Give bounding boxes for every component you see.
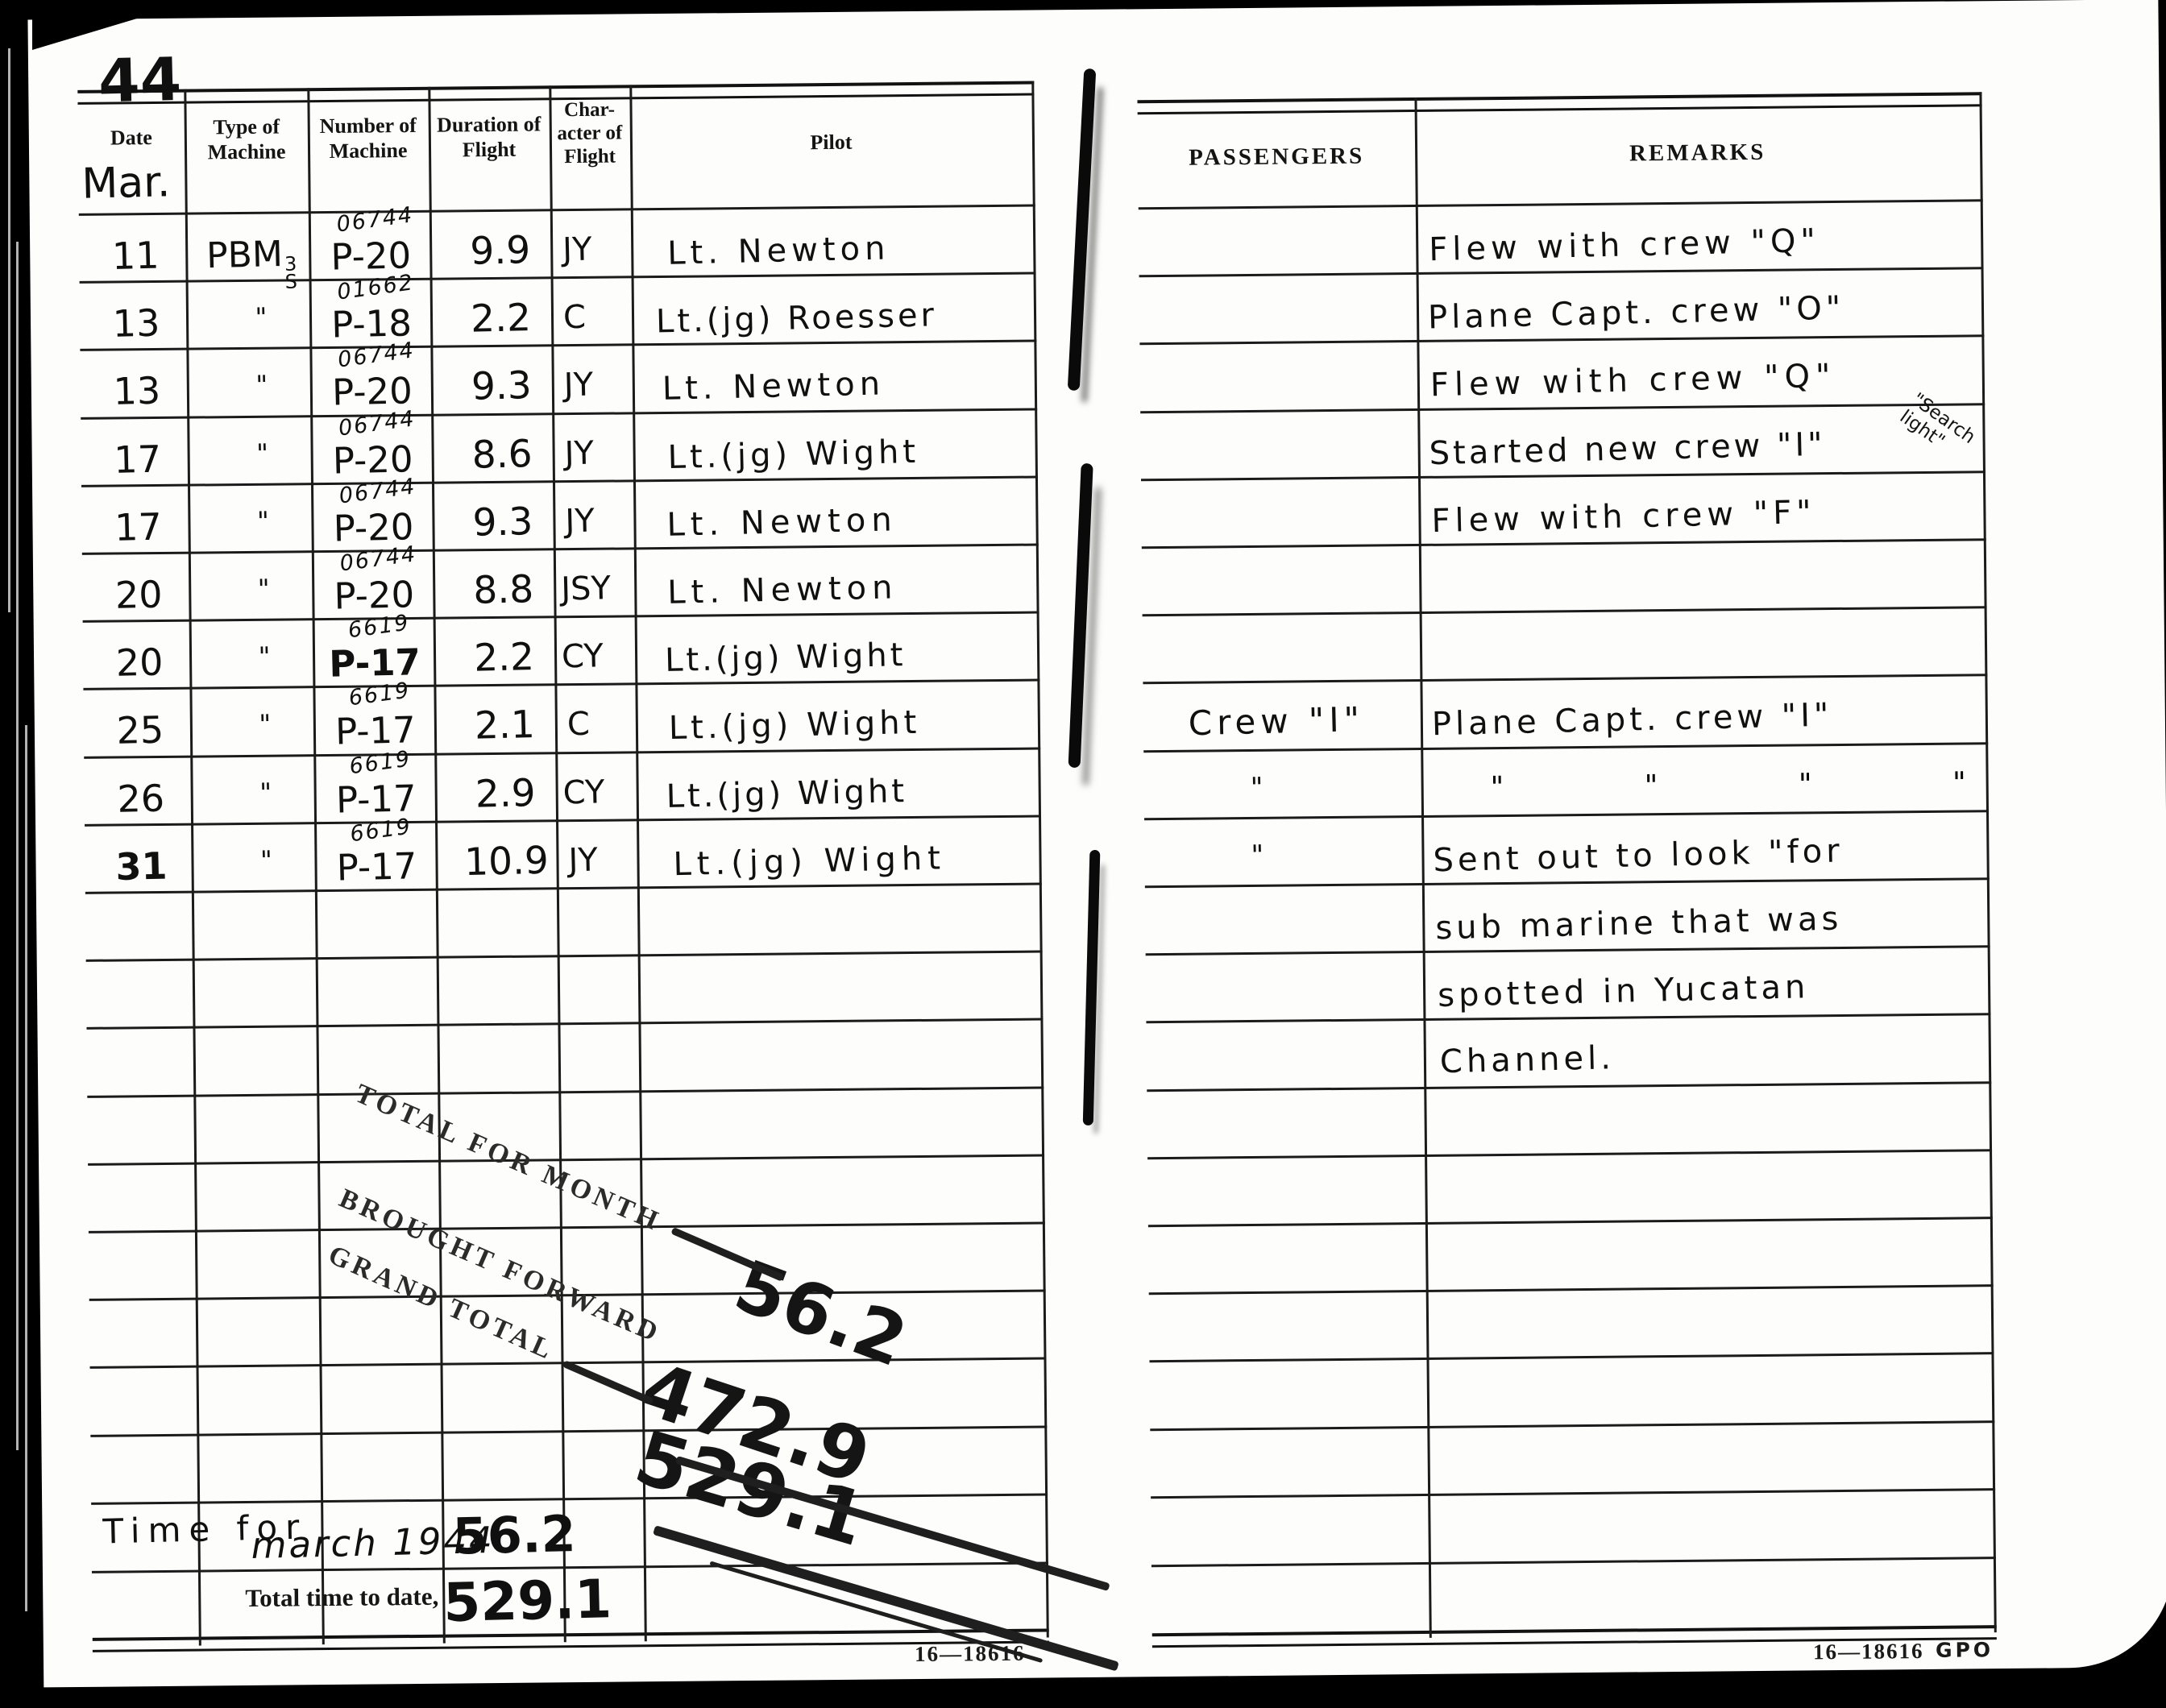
pilot-cell: Lt.(jg) Wight [665, 636, 907, 679]
date-cell: 25 [91, 707, 189, 753]
month-label: Mar. [81, 158, 187, 209]
duration-cell: 10.9 [446, 838, 567, 885]
pilot-cell: Lt. Newton [666, 501, 898, 544]
character-cell: JSY [561, 570, 612, 607]
scan-scratch [25, 725, 27, 1611]
date-cell: 20 [91, 640, 189, 686]
type-cell: PBM3S [206, 234, 298, 293]
pilot-cell: Lt.(jg) Wight [668, 704, 920, 747]
header-type: Type of Machine [188, 114, 306, 164]
ruled-line [88, 1154, 1044, 1165]
ditto-mark: " [1490, 771, 1504, 804]
duration-cell: 2.1 [450, 702, 559, 748]
ditto-mark: " [1799, 768, 1812, 801]
ruled-line [1147, 1149, 1992, 1159]
duration-cell: 8.8 [449, 566, 558, 613]
logbook-scan: Date Type of Machine Number of Machine D… [0, 0, 2166, 1708]
ruled-line [1150, 1420, 1994, 1431]
month-total-value: 56.2 [452, 1504, 577, 1566]
type-ditto: " [214, 844, 319, 877]
designation-cell: P-17 [320, 844, 434, 889]
duration-cell: 9.3 [446, 363, 556, 409]
passengers-ditto: " [1233, 839, 1282, 872]
ruled-line [1145, 877, 1990, 888]
duration-cell: 2.9 [450, 770, 560, 817]
character-cell: JY [563, 367, 593, 404]
date-cell: 17 [89, 437, 186, 483]
right-page-table: PASSENGERS REMARKS Flew with crew "Q" Pl… [1137, 92, 1996, 1644]
header-remarks: REMARKS [1415, 137, 1980, 169]
pilot-cell: Lt.(jg) Wight [673, 839, 946, 883]
scan-scratch [16, 242, 19, 1450]
type-ditto: " [209, 368, 314, 401]
character-cell: JY [564, 435, 594, 473]
pilot-cell: Lt.(jg) Wight [666, 773, 907, 815]
date-cell: 13 [88, 368, 185, 414]
character-cell: JY [565, 503, 595, 541]
pilot-cell: Lt. Newton [662, 365, 885, 407]
paper: Date Type of Machine Number of Machine D… [27, 0, 2166, 1687]
ruled-line [85, 815, 1041, 826]
ruled-line [1149, 1352, 1994, 1362]
character-cell: CY [562, 637, 604, 675]
type-ditto: " [213, 776, 318, 809]
date-cell: 31 [93, 844, 190, 889]
pilot-cell: Lt.(jg) Wight [667, 433, 919, 476]
ruled-line [1143, 606, 1987, 616]
binding-ink-smear [1083, 850, 1101, 1126]
ruled-line [1148, 1217, 1993, 1227]
pilot-cell: Lt. Newton [667, 569, 898, 611]
type-ditto: " [209, 301, 314, 334]
type-ditto: " [210, 504, 316, 537]
duration-cell: 2.2 [449, 634, 558, 681]
ruled-line [81, 476, 1038, 487]
type-sub: S [284, 273, 297, 291]
page-number: 44 [98, 45, 182, 116]
date-cell: 11 [87, 233, 185, 279]
total-time-label: Total time to date, [213, 1582, 438, 1614]
ruled-line [1139, 334, 1984, 345]
form-number-left: 16—18616 [915, 1641, 1026, 1667]
type-ditto: " [210, 437, 315, 470]
character-cell: JY [562, 231, 592, 269]
ruled-line [1142, 538, 1986, 549]
ruled-line [1144, 810, 1989, 820]
remark-ditto-row: " " " " [1490, 766, 1965, 804]
ruled-line [89, 1221, 1045, 1233]
ruled-line [83, 611, 1039, 623]
pilot-cell: Lt. Newton [667, 230, 890, 272]
header-pilot: Pilot [630, 128, 1032, 157]
ruled-line [1140, 403, 1985, 413]
corner-shadow [32, 6, 177, 50]
ruled-line [86, 1018, 1043, 1029]
ruled-line [1139, 267, 1984, 277]
duration-cell: 2.2 [446, 295, 555, 342]
ruled-line [87, 1086, 1044, 1097]
date-cell: 26 [92, 776, 189, 822]
ditto-mark: " [1952, 766, 1966, 799]
header-date: Date [78, 125, 185, 151]
header-duration: Duration of Flight [432, 111, 547, 162]
ruled-line [86, 950, 1043, 961]
ruled-line [1151, 1488, 1995, 1499]
ruled-line [1146, 1013, 1990, 1023]
left-page-table: Date Type of Machine Number of Machine D… [77, 81, 1049, 1650]
date-cell: 20 [90, 572, 188, 618]
form-number-right: 16—18616 [1813, 1639, 1924, 1664]
duration-cell: 9.9 [446, 227, 555, 274]
ruled-line [85, 882, 1042, 893]
date-cell: 17 [89, 504, 187, 550]
ditto-mark: " [1645, 769, 1658, 802]
scan-scratch [8, 48, 10, 612]
type-ditto: " [212, 707, 317, 740]
duration-cell: 8.6 [447, 431, 557, 478]
duration-cell: 9.3 [448, 499, 558, 545]
date-cell: 13 [87, 301, 185, 346]
ruled-line [81, 408, 1037, 420]
header-passengers: PASSENGERS [1138, 143, 1415, 172]
ruled-line [1143, 742, 1988, 752]
character-cell: C [563, 299, 587, 337]
ruled-line [90, 1425, 1047, 1436]
ruled-line [80, 340, 1036, 351]
header-character: Char- acter of Flight [552, 97, 627, 168]
header-number: Number of Machine [311, 113, 426, 164]
ruled-line [91, 1493, 1048, 1504]
binding-ink-smear [1068, 463, 1093, 768]
type-ditto: " [212, 640, 317, 673]
binding-ink-smear [1068, 68, 1097, 391]
ruled-line [1141, 471, 1985, 481]
type-ditto: " [211, 572, 317, 605]
passengers-ditto: " [1232, 771, 1281, 804]
ruled-line [1149, 1284, 1994, 1295]
character-cell: CY [562, 773, 605, 811]
gpo-mark: GPO [1936, 1638, 1994, 1662]
ruled-line [1143, 674, 1987, 684]
ruled-line [84, 748, 1040, 759]
character-cell: JY [568, 842, 598, 880]
remark-continuation: Channel. [1439, 1039, 1615, 1080]
passengers-cell: Crew "I" [1143, 699, 1409, 744]
character-cell: C [566, 706, 590, 744]
type-base: PBM [206, 234, 284, 276]
ruled-line [1146, 945, 1990, 956]
total-time-value: 529.1 [442, 1568, 612, 1634]
ruled-line [83, 679, 1039, 690]
type-mark: 3S [284, 255, 297, 291]
pilot-cell: Lt.(jg) Roesser [656, 296, 938, 340]
ruled-line [1147, 1081, 1991, 1092]
ruled-line [82, 544, 1039, 555]
